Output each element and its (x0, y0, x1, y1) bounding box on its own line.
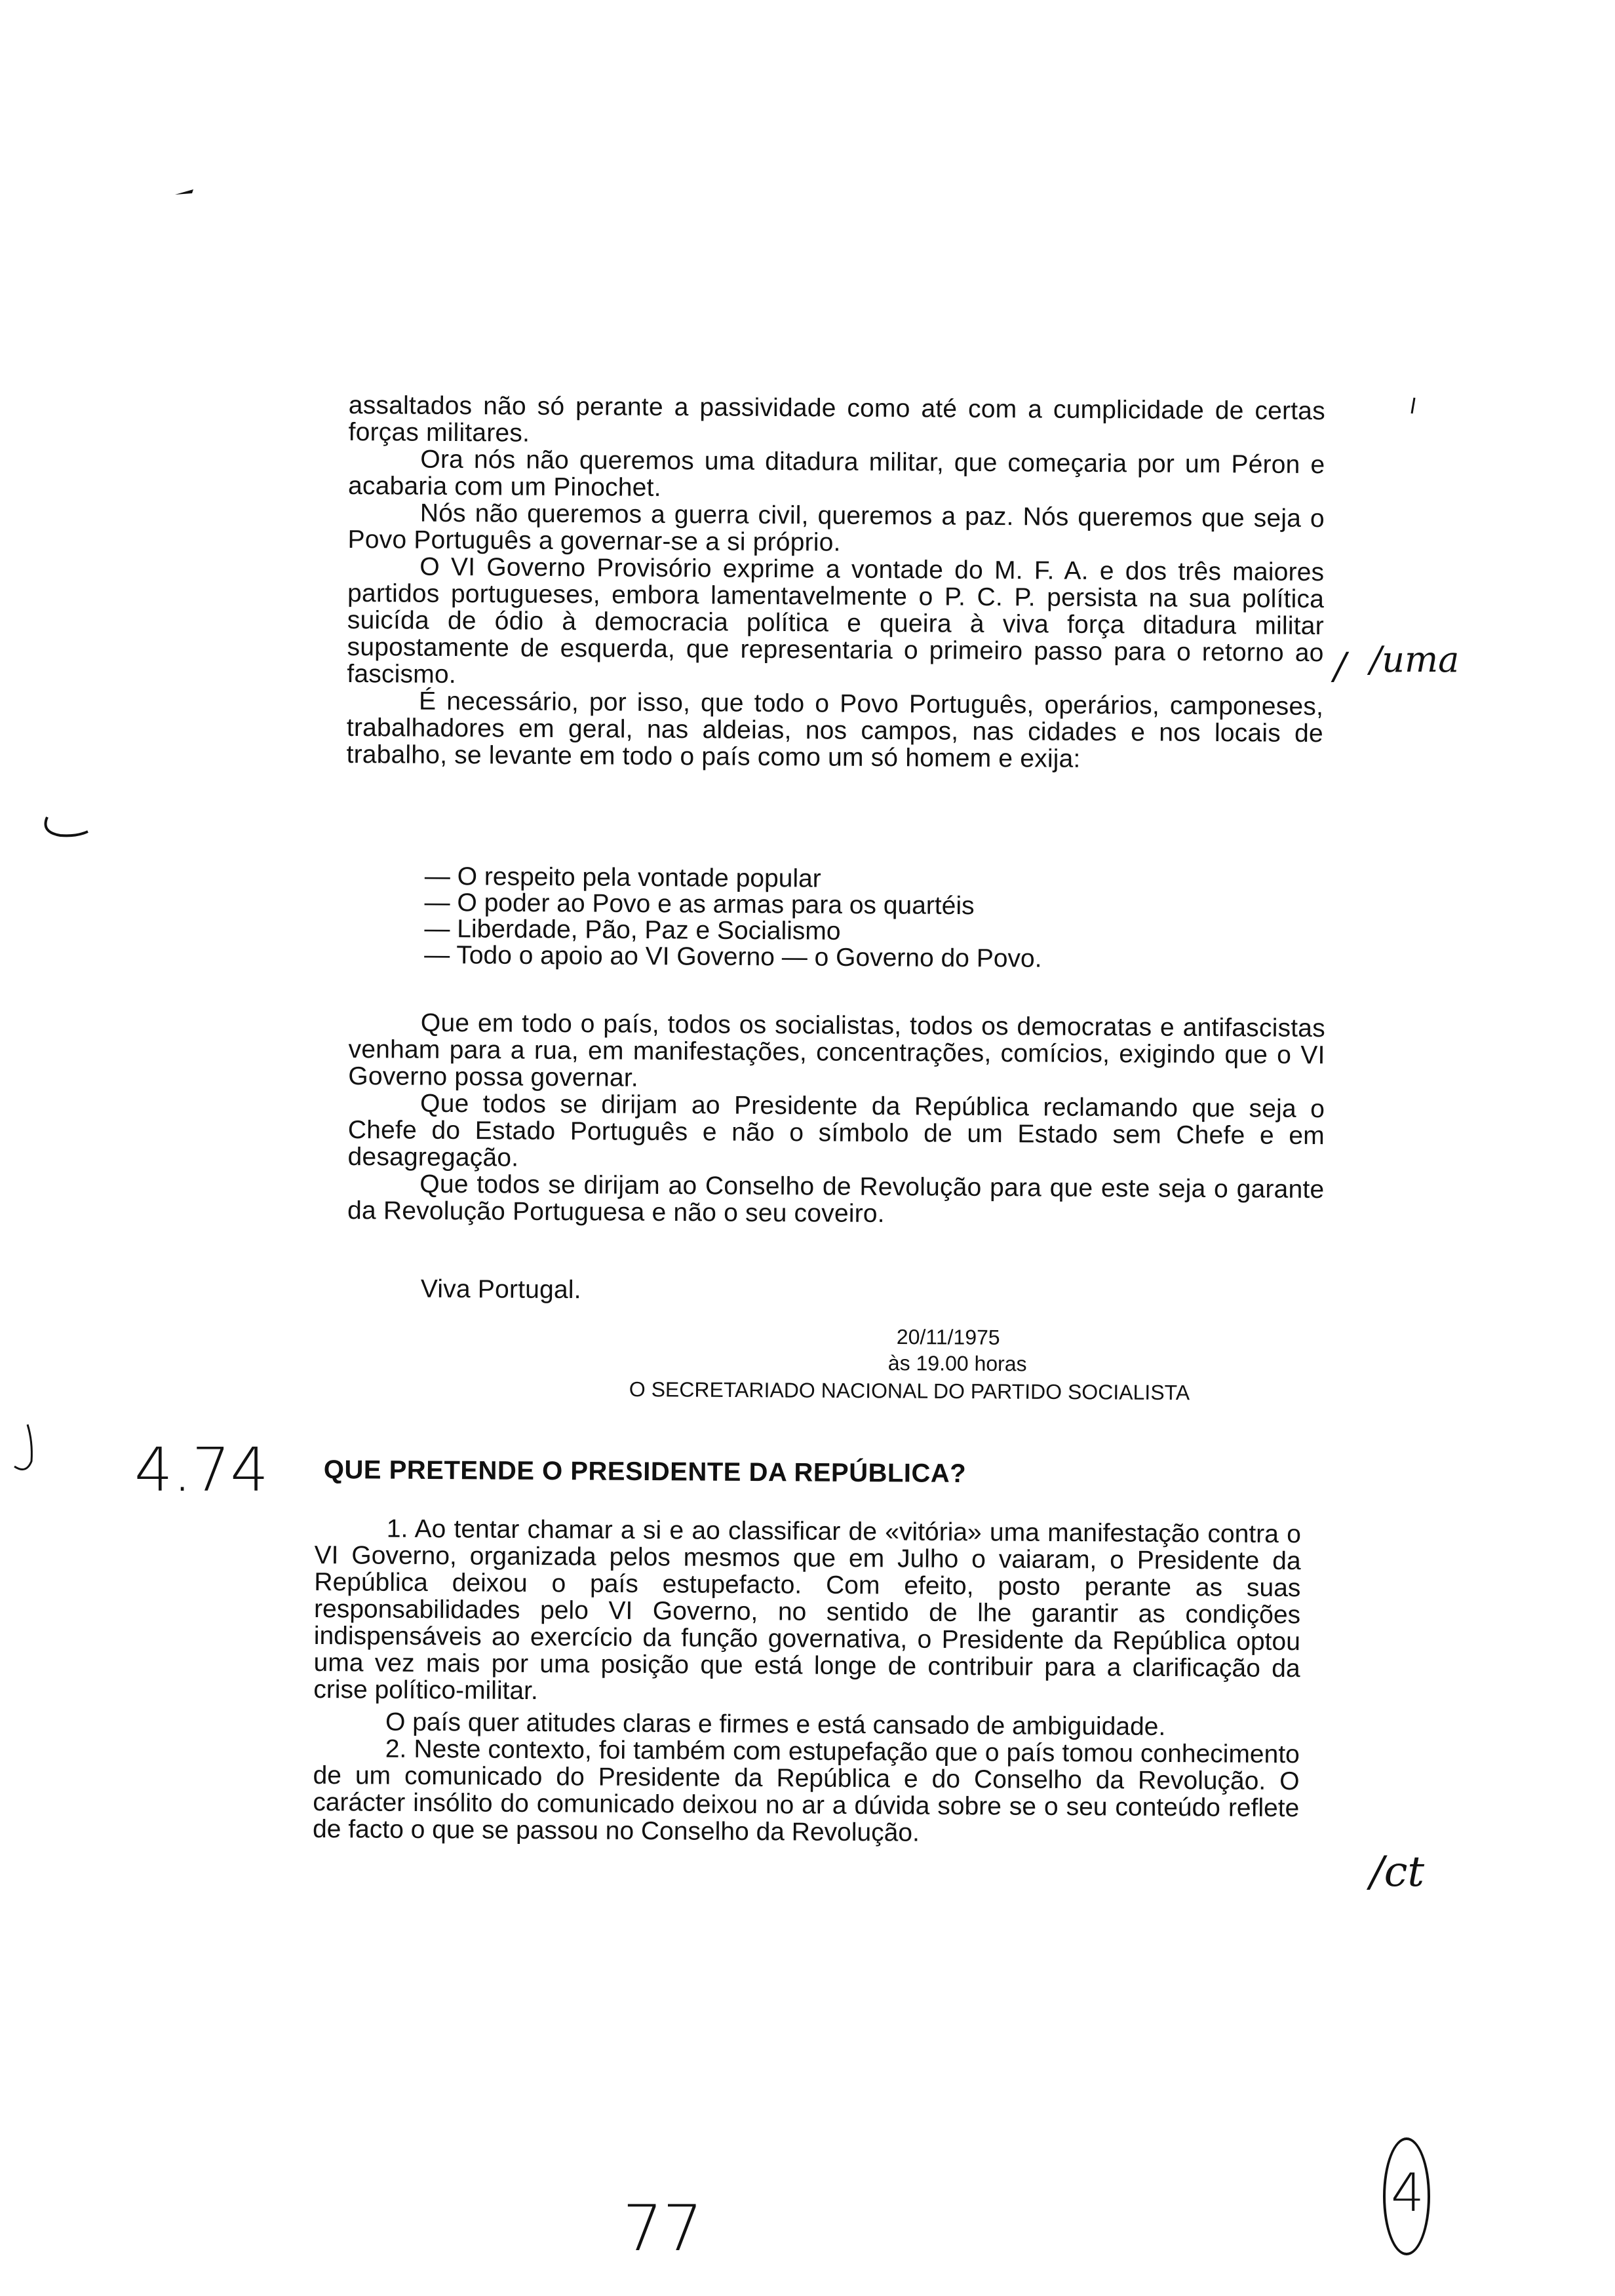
handwritten-section-number: 4.74 (134, 1435, 269, 1505)
paragraph: O VI Governo Provisório exprime a vontad… (347, 553, 1324, 693)
handwritten-slash-mark: / (1334, 645, 1346, 688)
text-block-part1: assaltados não só perante a passividade … (346, 392, 1325, 774)
scan-speck-mark (174, 187, 200, 200)
paragraph: Ora nós não queremos uma ditadura milita… (348, 446, 1325, 505)
margin-bracket-mark (7, 1422, 46, 1481)
list-item: — Todo o apoio ao VI Governo — o Governo… (424, 942, 1042, 972)
circled-number-badge: 4 (1383, 2137, 1430, 2255)
paragraph: Que todos se dirijam ao Conselho de Revo… (347, 1170, 1324, 1230)
paragraph: assaltados não só perante a passividade … (348, 392, 1325, 451)
signoff-time: às 19.00 horas (888, 1350, 1027, 1377)
handwritten-margin-note: /uma (1370, 639, 1459, 680)
paragraph: 2. Neste contexto, foi também com estupe… (313, 1735, 1300, 1848)
text-block-part2: Que em todo o país, todos os socialistas… (347, 1009, 1325, 1230)
paragraph: 1. Ao tentar chamar a si e ao classifica… (313, 1515, 1301, 1709)
margin-bracket-mark (41, 816, 93, 849)
paragraph: Que todos se dirijam ao Presidente da Re… (347, 1090, 1325, 1176)
closing-line: Viva Portugal. (349, 1275, 1325, 1308)
handwritten-margin-note: /ct (1370, 1848, 1424, 1896)
circled-number: 4 (1391, 2162, 1424, 2223)
section-title: QUE PRETENDE O PRESIDENTE DA REPÚBLICA? (324, 1455, 967, 1489)
text-block-section2: 1. Ao tentar chamar a si e ao classifica… (313, 1515, 1301, 1848)
closing-text: Viva Portugal. (349, 1275, 1325, 1308)
paragraph: Nós não queremos a guerra civil, queremo… (347, 499, 1324, 559)
demands-list: — O respeito pela vontade popular — O po… (424, 864, 1042, 972)
paragraph: É necessário, por isso, que todo o Povo … (346, 687, 1323, 774)
handwritten-page-number: 77 (623, 2192, 703, 2265)
signoff-signatory: O SECRETARIADO NACIONAL DO PARTIDO SOCIA… (629, 1376, 1190, 1406)
signoff-date: 20/11/1975 (897, 1324, 1000, 1350)
scanned-document-page: assaltados não só perante a passividade … (0, 0, 1615, 2296)
paragraph: Que em todo o país, todos os socialistas… (348, 1009, 1325, 1096)
margin-tick-mark (1409, 396, 1417, 416)
